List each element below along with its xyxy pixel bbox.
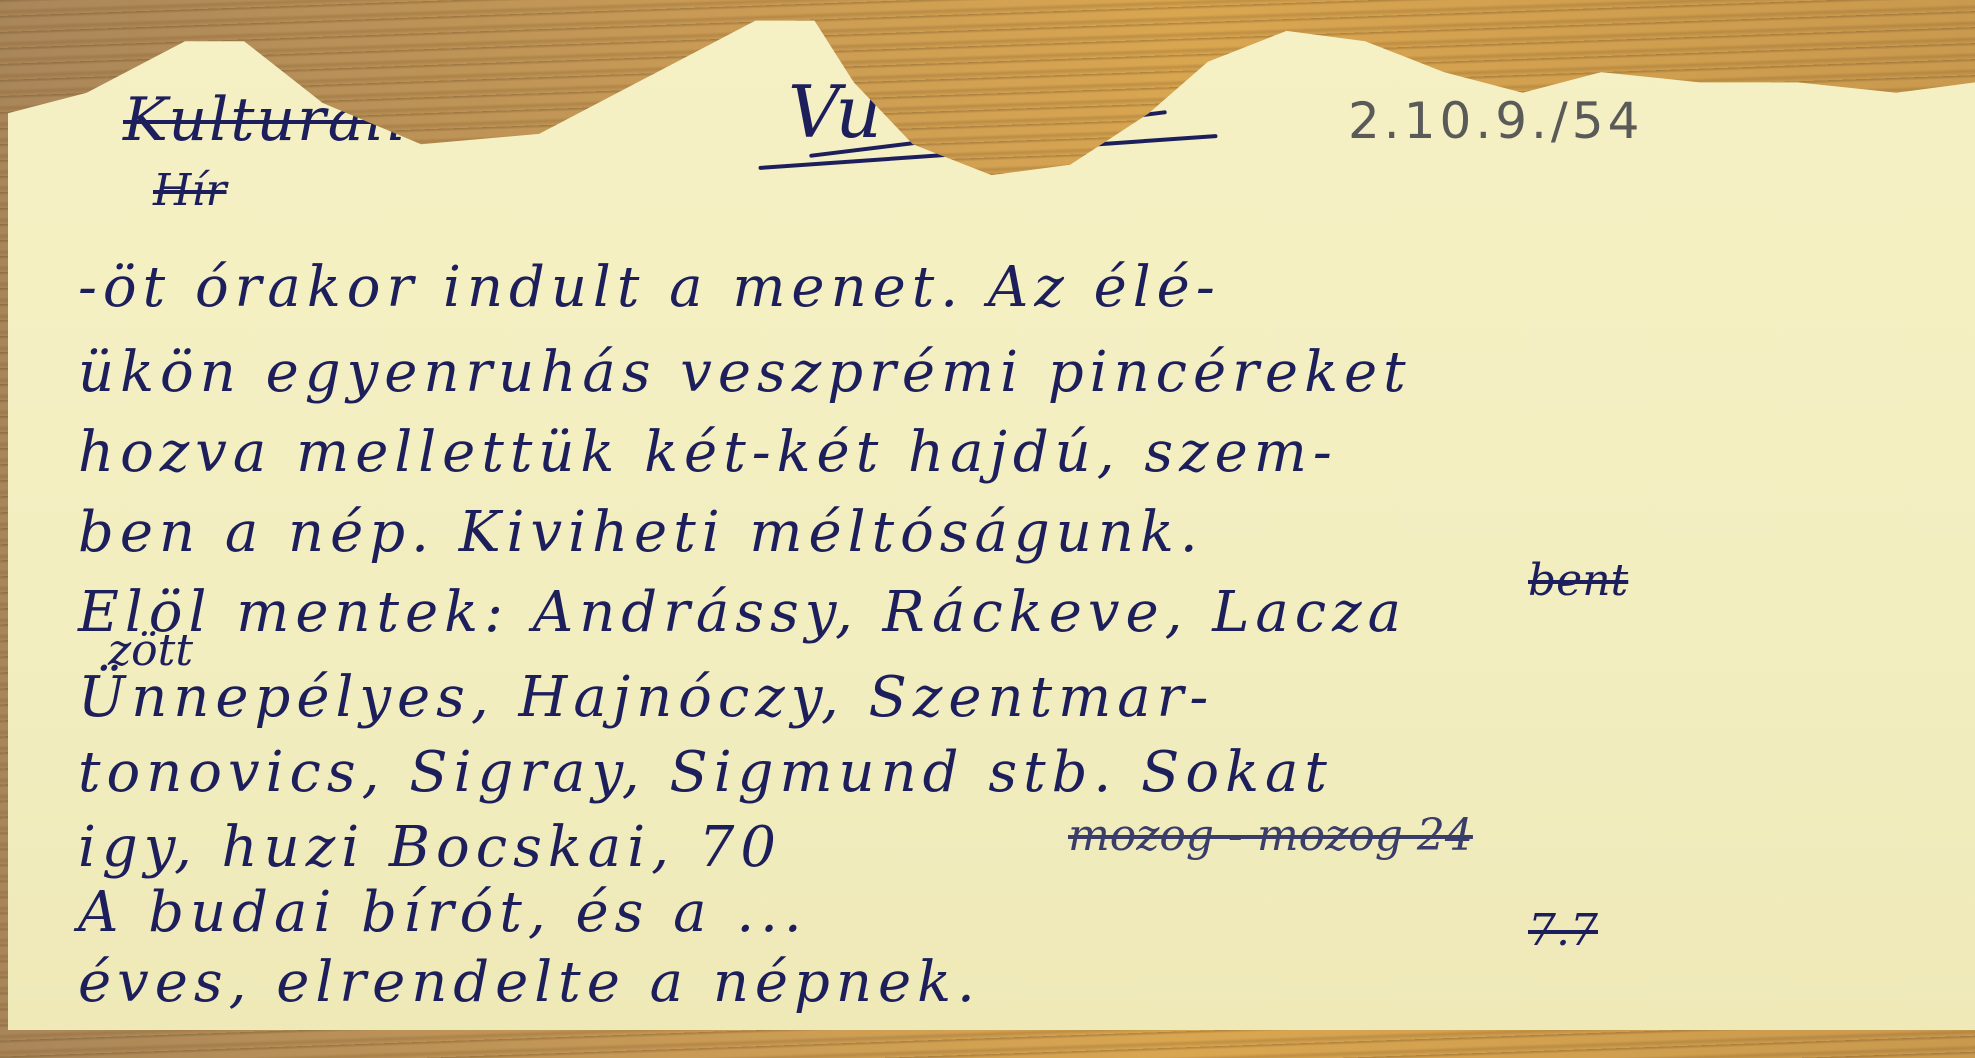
torn-paper-note: Kulturális Hír Vu 2.10.9./54 -öt órakor … [8,0,1975,1030]
text-line-7: tonovics, Sigray, Sigmund stb. Sokat [78,740,1333,805]
text-line-5: Elöl mentek: Andrássy, Ráckeve, Lacza [78,580,1407,645]
crossed-out-word-1: bent [1528,555,1628,606]
crossed-out-word-3: mozog - mozog 24 [1068,810,1473,861]
margin-note-above-elo: zött [108,625,193,676]
text-line-2: ükön egyenruhás veszprémi pincéreket [78,340,1412,405]
text-line-3: hozva mellettük két-két hajdú, szem- [78,420,1338,485]
title-fragment: Vu [788,70,882,154]
text-line-9: A budai bírót, és a ... [78,880,808,945]
crossed-out-title: Kulturális [123,85,441,155]
text-line-10: éves, elrendelte a népnek. [78,950,981,1015]
text-line-8: igy, huzi Bocskai, 70 [78,815,782,880]
text-line-1: -öt órakor indult a menet. Az élé- [78,255,1221,320]
crossed-out-word-4: 7.7 [1528,905,1598,956]
text-line-6: Ünnepélyes, Hajnóczy, Szentmar- [78,665,1214,730]
text-line-4: ben a nép. Kiviheti méltóságunk. [78,500,1204,565]
crossed-out-subtitle: Hír [153,165,226,216]
date-stamp: 2.10.9./54 [1348,92,1643,150]
